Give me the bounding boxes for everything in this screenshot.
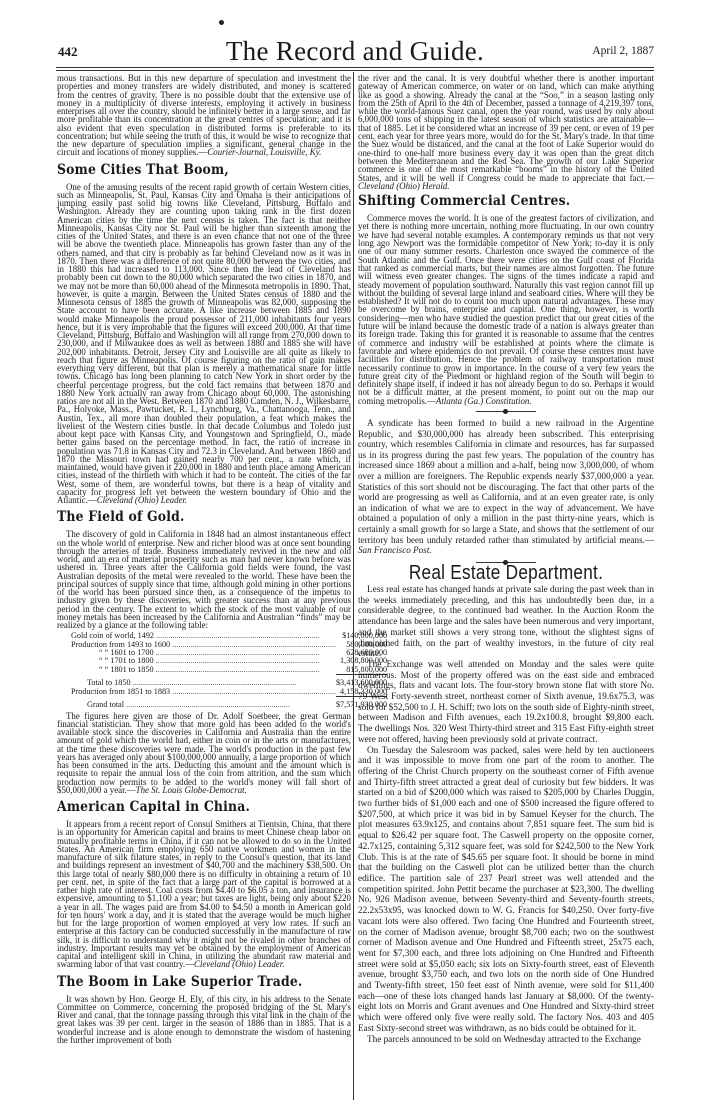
- article-continued: the river and the canal. It is very doub…: [358, 74, 654, 190]
- table-row: “ “ 1801 to 1850 .......................…: [71, 666, 387, 675]
- article-body: Commerce moves the world. It is one of t…: [358, 214, 654, 405]
- article-source: Atlanta (Ga.) Constitution.: [436, 396, 532, 406]
- article-source: Cleveland (Ohio) Leader.: [97, 495, 187, 505]
- column-divider: [353, 72, 354, 1100]
- article-text: A syndicate has been formed to build a n…: [358, 418, 654, 545]
- article-heading: Shifting Commercial Centres.: [358, 194, 630, 209]
- department-heading: Real Estate Department.: [379, 569, 634, 577]
- article-text: The figures here given are those of Dr. …: [57, 711, 351, 795]
- table-row-grand-total: Grand total ............................…: [71, 697, 387, 710]
- table-row: Production from 1493 to 1600 ...........…: [71, 641, 387, 649]
- article-source: Cleveland (Ohio) Herald.: [358, 181, 449, 191]
- article-text: It appears from a recent report of Consu…: [57, 819, 351, 969]
- table-row: Production from 1851 to 1883 ...........…: [71, 688, 387, 697]
- article-source: The St. Louis Globe-Democrat.: [136, 785, 247, 795]
- row-label: “ “ 1701 to 1800 .......................…: [71, 657, 336, 665]
- dot-leader: ........................................…: [124, 700, 290, 709]
- left-column: mous transactions. But in this new depar…: [57, 74, 351, 1044]
- article-body: The figures here given are those of Dr. …: [57, 712, 351, 795]
- header-rule: [56, 67, 654, 68]
- article-body: It appears from a recent report of Consu…: [57, 820, 351, 969]
- row-label: “ “ 1601 to 1700 .......................…: [71, 649, 336, 657]
- real-estate-section: Less real estate has changed hands at pr…: [358, 584, 654, 1044]
- article-body: It was shown by Hon. George H. Ely, of t…: [57, 995, 351, 1045]
- row-label: Production from 1851 to 1883 ...........…: [71, 688, 336, 697]
- dot-leader: ........................................…: [154, 666, 320, 674]
- row-label: Total to 1850 ..........................…: [71, 675, 336, 688]
- dot-leader: ........................................…: [170, 641, 336, 649]
- row-label: Grand total ............................…: [71, 697, 336, 710]
- printer-mark: [219, 20, 224, 25]
- right-column: the river and the canal. It is very doub…: [358, 74, 654, 1044]
- gold-production-table: Gold coin of world, 1492 ...............…: [71, 632, 387, 709]
- section-separator: [476, 411, 536, 412]
- article-text: One of the amusing results of the recent…: [57, 182, 351, 506]
- article-source: Courier-Journal, Louisville, Ky.: [207, 147, 321, 157]
- article-paragraph: Less real estate has changed hands at pr…: [358, 584, 654, 659]
- article-heading: Some Cities That Boom,: [57, 163, 327, 178]
- row-label: Production from 1493 to 1600 ...........…: [71, 641, 336, 649]
- article-source: San Francisco Post.: [358, 545, 432, 555]
- article-text: the river and the canal. It is very doub…: [358, 73, 654, 183]
- article-heading: The Boom in Lake Superior Trade.: [57, 975, 327, 990]
- article-source: Cleveland (Ohio) Leader.: [194, 959, 284, 969]
- table-row-subtotal: Total to 1850 ..........................…: [71, 675, 387, 688]
- publication-title: The Record and Guide.: [56, 36, 654, 67]
- article-heading: American Capital in China.: [57, 800, 327, 815]
- article-paragraph: On Tuesday the Salesroom was packed, sal…: [358, 745, 654, 1034]
- dot-leader: ........................................…: [154, 657, 320, 665]
- article-body: One of the amusing results of the recent…: [57, 183, 351, 505]
- row-label: Gold coin of world, 1492 ...............…: [71, 632, 336, 640]
- article-text: Commerce moves the world. It is one of t…: [358, 213, 654, 406]
- article-paragraph: The Exchange was well attended on Monday…: [358, 659, 654, 745]
- article-body: mous transactions. But in this new depar…: [57, 73, 351, 157]
- row-label: “ “ 1801 to 1850 .......................…: [71, 666, 336, 675]
- dot-leader: ........................................…: [154, 649, 320, 657]
- table-row: “ “ 1701 to 1800 .......................…: [71, 657, 387, 665]
- article-body: A syndicate has been formed to build a n…: [358, 418, 654, 556]
- issue-date: April 2, 1887: [592, 45, 654, 57]
- article-body: The discovery of gold in California in 1…: [57, 530, 351, 629]
- dot-leader: ........................................…: [170, 688, 336, 696]
- article-heading: The Field of Gold.: [57, 510, 327, 525]
- masthead: 442 The Record and Guide. April 2, 1887: [56, 36, 654, 64]
- dot-leader: ........................................…: [131, 678, 297, 687]
- dot-leader: ........................................…: [154, 632, 320, 640]
- header-rule: [56, 70, 654, 71]
- article-continued: mous transactions. But in this new depar…: [57, 74, 351, 157]
- table-row: Gold coin of world, 1492 ...............…: [71, 632, 387, 640]
- article-paragraph: The parcels announced to be sold on Wedn…: [358, 1034, 654, 1045]
